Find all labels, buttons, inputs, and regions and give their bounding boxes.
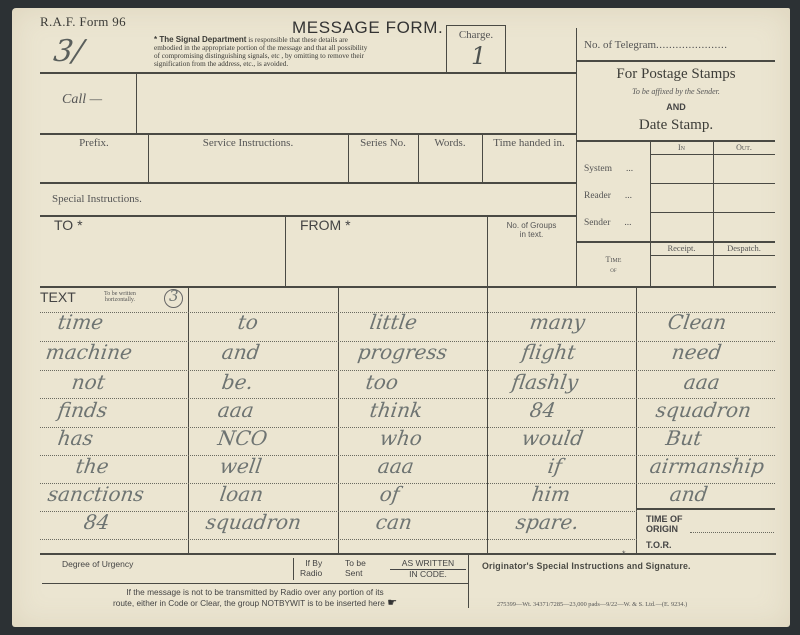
sender-row-label: Sender... [584, 218, 632, 228]
form-title: MESSAGE FORM. [292, 18, 443, 38]
pointing-hand-icon: ☛ [387, 597, 397, 609]
text-word[interactable]: too [364, 370, 399, 394]
text-word[interactable]: can [374, 510, 413, 534]
call-field[interactable] [138, 74, 574, 132]
text-word[interactable]: spare. [514, 510, 580, 534]
groups-label: No. of Groups in text. [487, 221, 576, 239]
degree-of-urgency-field[interactable] [130, 570, 290, 580]
text-word[interactable]: progress [356, 340, 449, 364]
text-word[interactable]: to [236, 310, 259, 334]
text-word[interactable]: flashly [510, 370, 579, 394]
reader-out-field[interactable] [715, 185, 775, 211]
notice-line: signification from the address, etc., is… [154, 60, 432, 68]
system-in-field[interactable] [652, 156, 712, 182]
text-word[interactable]: finds [56, 398, 109, 422]
text-col-divider [338, 287, 339, 554]
notbywit-notice: If the message is not to be transmitted … [42, 587, 468, 609]
text-word[interactable]: many [528, 310, 586, 334]
grid-line [651, 154, 775, 155]
footer-vertical [468, 555, 469, 608]
date-stamp-label: Date Stamp. [577, 117, 775, 134]
despatch-time-field[interactable] [715, 257, 775, 284]
footer-inner-line [42, 583, 468, 584]
prefix-label: Prefix. [40, 137, 148, 149]
if-by-radio-label: If By Radio [300, 558, 322, 578]
text-note-line: horizontally. [104, 297, 136, 303]
time-handed-in-label: Time handed in. [482, 137, 576, 149]
in-label: In [650, 143, 713, 152]
print-code: 275399—Wt. 34371/7285—23,000 pads—9/22—W… [497, 601, 687, 608]
text-word[interactable]: him [530, 482, 572, 506]
text-word[interactable]: need [670, 340, 723, 364]
text-word[interactable]: NCO [216, 426, 269, 450]
text-word[interactable]: think [368, 398, 424, 422]
text-word[interactable]: well [218, 454, 263, 478]
service-instructions-label: Service Instructions. [148, 137, 348, 149]
text-section-bottom [40, 553, 776, 555]
system-row-label: System... [584, 164, 633, 174]
text-line [40, 539, 637, 540]
text-line [40, 370, 775, 371]
time-of-label: Time of [577, 255, 650, 275]
telegram-number[interactable]: No. of Telegram...................... [584, 39, 728, 51]
from-field[interactable] [287, 236, 485, 284]
grid-divider [713, 141, 714, 286]
of-label: of [577, 265, 650, 275]
notice-line: of compromising distinguishing signals, … [154, 52, 432, 60]
text-word[interactable]: 84 [82, 510, 111, 534]
text-word[interactable]: not [70, 370, 106, 394]
text-word[interactable]: be. [220, 370, 254, 394]
text-section-top [40, 286, 776, 288]
grid-divider [650, 141, 651, 286]
sender-out-field[interactable] [715, 214, 775, 240]
groups-label-line: in text. [487, 230, 576, 239]
text-word[interactable]: airmanship [648, 454, 765, 478]
text-word[interactable]: Clean [666, 310, 728, 334]
time-of-origin-label: TIME OF ORIGIN [646, 514, 683, 534]
text-word[interactable]: who [378, 426, 423, 450]
system-out-field[interactable] [715, 156, 775, 182]
text-word[interactable]: has [56, 426, 94, 450]
text-line [40, 483, 775, 484]
to-label: TO * [54, 217, 83, 233]
text-word[interactable]: the [74, 454, 110, 478]
special-instructions-label: Special Instructions. [52, 193, 142, 205]
text-word[interactable]: squadron [204, 510, 303, 534]
telegram-label: No. of Telegram [584, 39, 656, 51]
telegram-divider [577, 60, 775, 62]
text-word[interactable]: 84 [528, 398, 557, 422]
footer-divider [293, 558, 294, 580]
prefix-row-bottom [40, 182, 576, 184]
stamp-subtitle: To be affixed by the Sender. [577, 87, 775, 96]
receipt-time-field[interactable] [652, 257, 712, 284]
call-divider [136, 72, 137, 133]
time-of-origin-line: TIME OF [646, 514, 683, 524]
out-label: Out. [713, 143, 775, 152]
text-col-divider [487, 287, 488, 554]
notice-line: route, either in Code or Clear, the grou… [113, 598, 385, 608]
text-word[interactable]: aaa [376, 454, 415, 478]
time-of-origin-dots [690, 532, 774, 533]
series-no-label: Series No. [348, 137, 418, 149]
and-label: AND [577, 102, 775, 112]
text-word[interactable]: flight [520, 340, 577, 364]
reader-in-field[interactable] [652, 185, 712, 211]
notice-line: embodied in the appropriate portion of t… [154, 44, 432, 52]
time-of-origin-top [637, 508, 775, 510]
circled-number-value: 3 [169, 287, 179, 305]
in-code-label[interactable]: IN CODE. [390, 569, 466, 579]
prefix-row-fields[interactable] [40, 150, 576, 180]
stamp-title: For Postage Stamps [577, 66, 775, 83]
text-word[interactable]: sanctions [46, 482, 145, 506]
grid-line [651, 212, 775, 213]
grid-line [651, 183, 775, 184]
radio: Radio [300, 568, 322, 578]
charge-label: Charge. [447, 29, 505, 41]
notice-line: If the message is not to be transmitted … [42, 587, 468, 598]
originator-label: Originator's Special Instructions and Si… [482, 561, 691, 571]
text-col-divider [636, 287, 637, 554]
text-word[interactable]: squadron [654, 398, 753, 422]
text-note: To be written horizontally. [104, 291, 136, 303]
circled-number: 3 [164, 289, 183, 308]
sent: Sent [345, 568, 366, 578]
degree-of-urgency-label: Degree of Urgency [62, 559, 133, 569]
asterisk-mark: * [622, 549, 626, 559]
text-label: TEXT [40, 289, 76, 305]
form-id: R.A.F. Form 96 [40, 14, 126, 30]
text-word[interactable]: aaa [682, 370, 721, 394]
from-label: FROM * [300, 217, 351, 233]
time-of-origin-line: ORIGIN [646, 524, 683, 534]
col-divider [285, 216, 286, 286]
to-be-sent-label: To be Sent [345, 558, 366, 578]
originator-signature-field[interactable] [480, 575, 770, 597]
text-word[interactable]: time [56, 310, 105, 334]
if-by: If By [300, 558, 322, 568]
to-field[interactable] [40, 236, 284, 284]
call-label: Call — [62, 92, 102, 108]
text-word[interactable]: loan [218, 482, 265, 506]
reader-row-label: Reader... [584, 191, 632, 201]
text-word[interactable]: But [664, 426, 703, 450]
to-be: To be [345, 558, 366, 568]
stamp-divider [577, 140, 775, 142]
as-written-in-code-toggle[interactable]: AS WRITTEN IN CODE. [390, 557, 466, 579]
time-label: Time [577, 255, 650, 265]
text-word[interactable]: would [520, 426, 585, 450]
charge-box[interactable]: Charge. 1 [446, 25, 506, 73]
handwritten-form-number: 3/ [52, 34, 86, 69]
words-label: Words. [418, 137, 482, 149]
charge-value: 1 [471, 42, 486, 70]
signal-department-notice: * The Signal Department is responsible t… [154, 36, 432, 68]
time-of-origin-field[interactable] [690, 518, 774, 532]
text-word[interactable]: aaa [216, 398, 255, 422]
tor-label: T.O.R. [646, 540, 672, 550]
text-word[interactable]: machine [44, 340, 133, 364]
call-row-bottom [40, 133, 576, 135]
despatch-label: Despatch. [713, 243, 775, 253]
notice-line: is responsible that these details are [248, 36, 348, 44]
text-word[interactable]: and [220, 340, 261, 364]
telegram-dots: ...................... [656, 39, 728, 51]
receipt-label: Receipt. [650, 243, 713, 253]
groups-label-line: No. of Groups [487, 221, 576, 230]
sender-in-field[interactable] [652, 214, 712, 240]
grid-line [651, 255, 775, 256]
signal-dept-bold: * The Signal Department [154, 35, 246, 44]
text-word[interactable]: and [668, 482, 709, 506]
text-col-divider [188, 287, 189, 554]
text-word[interactable]: little [368, 310, 418, 334]
text-word[interactable]: of [378, 482, 401, 506]
